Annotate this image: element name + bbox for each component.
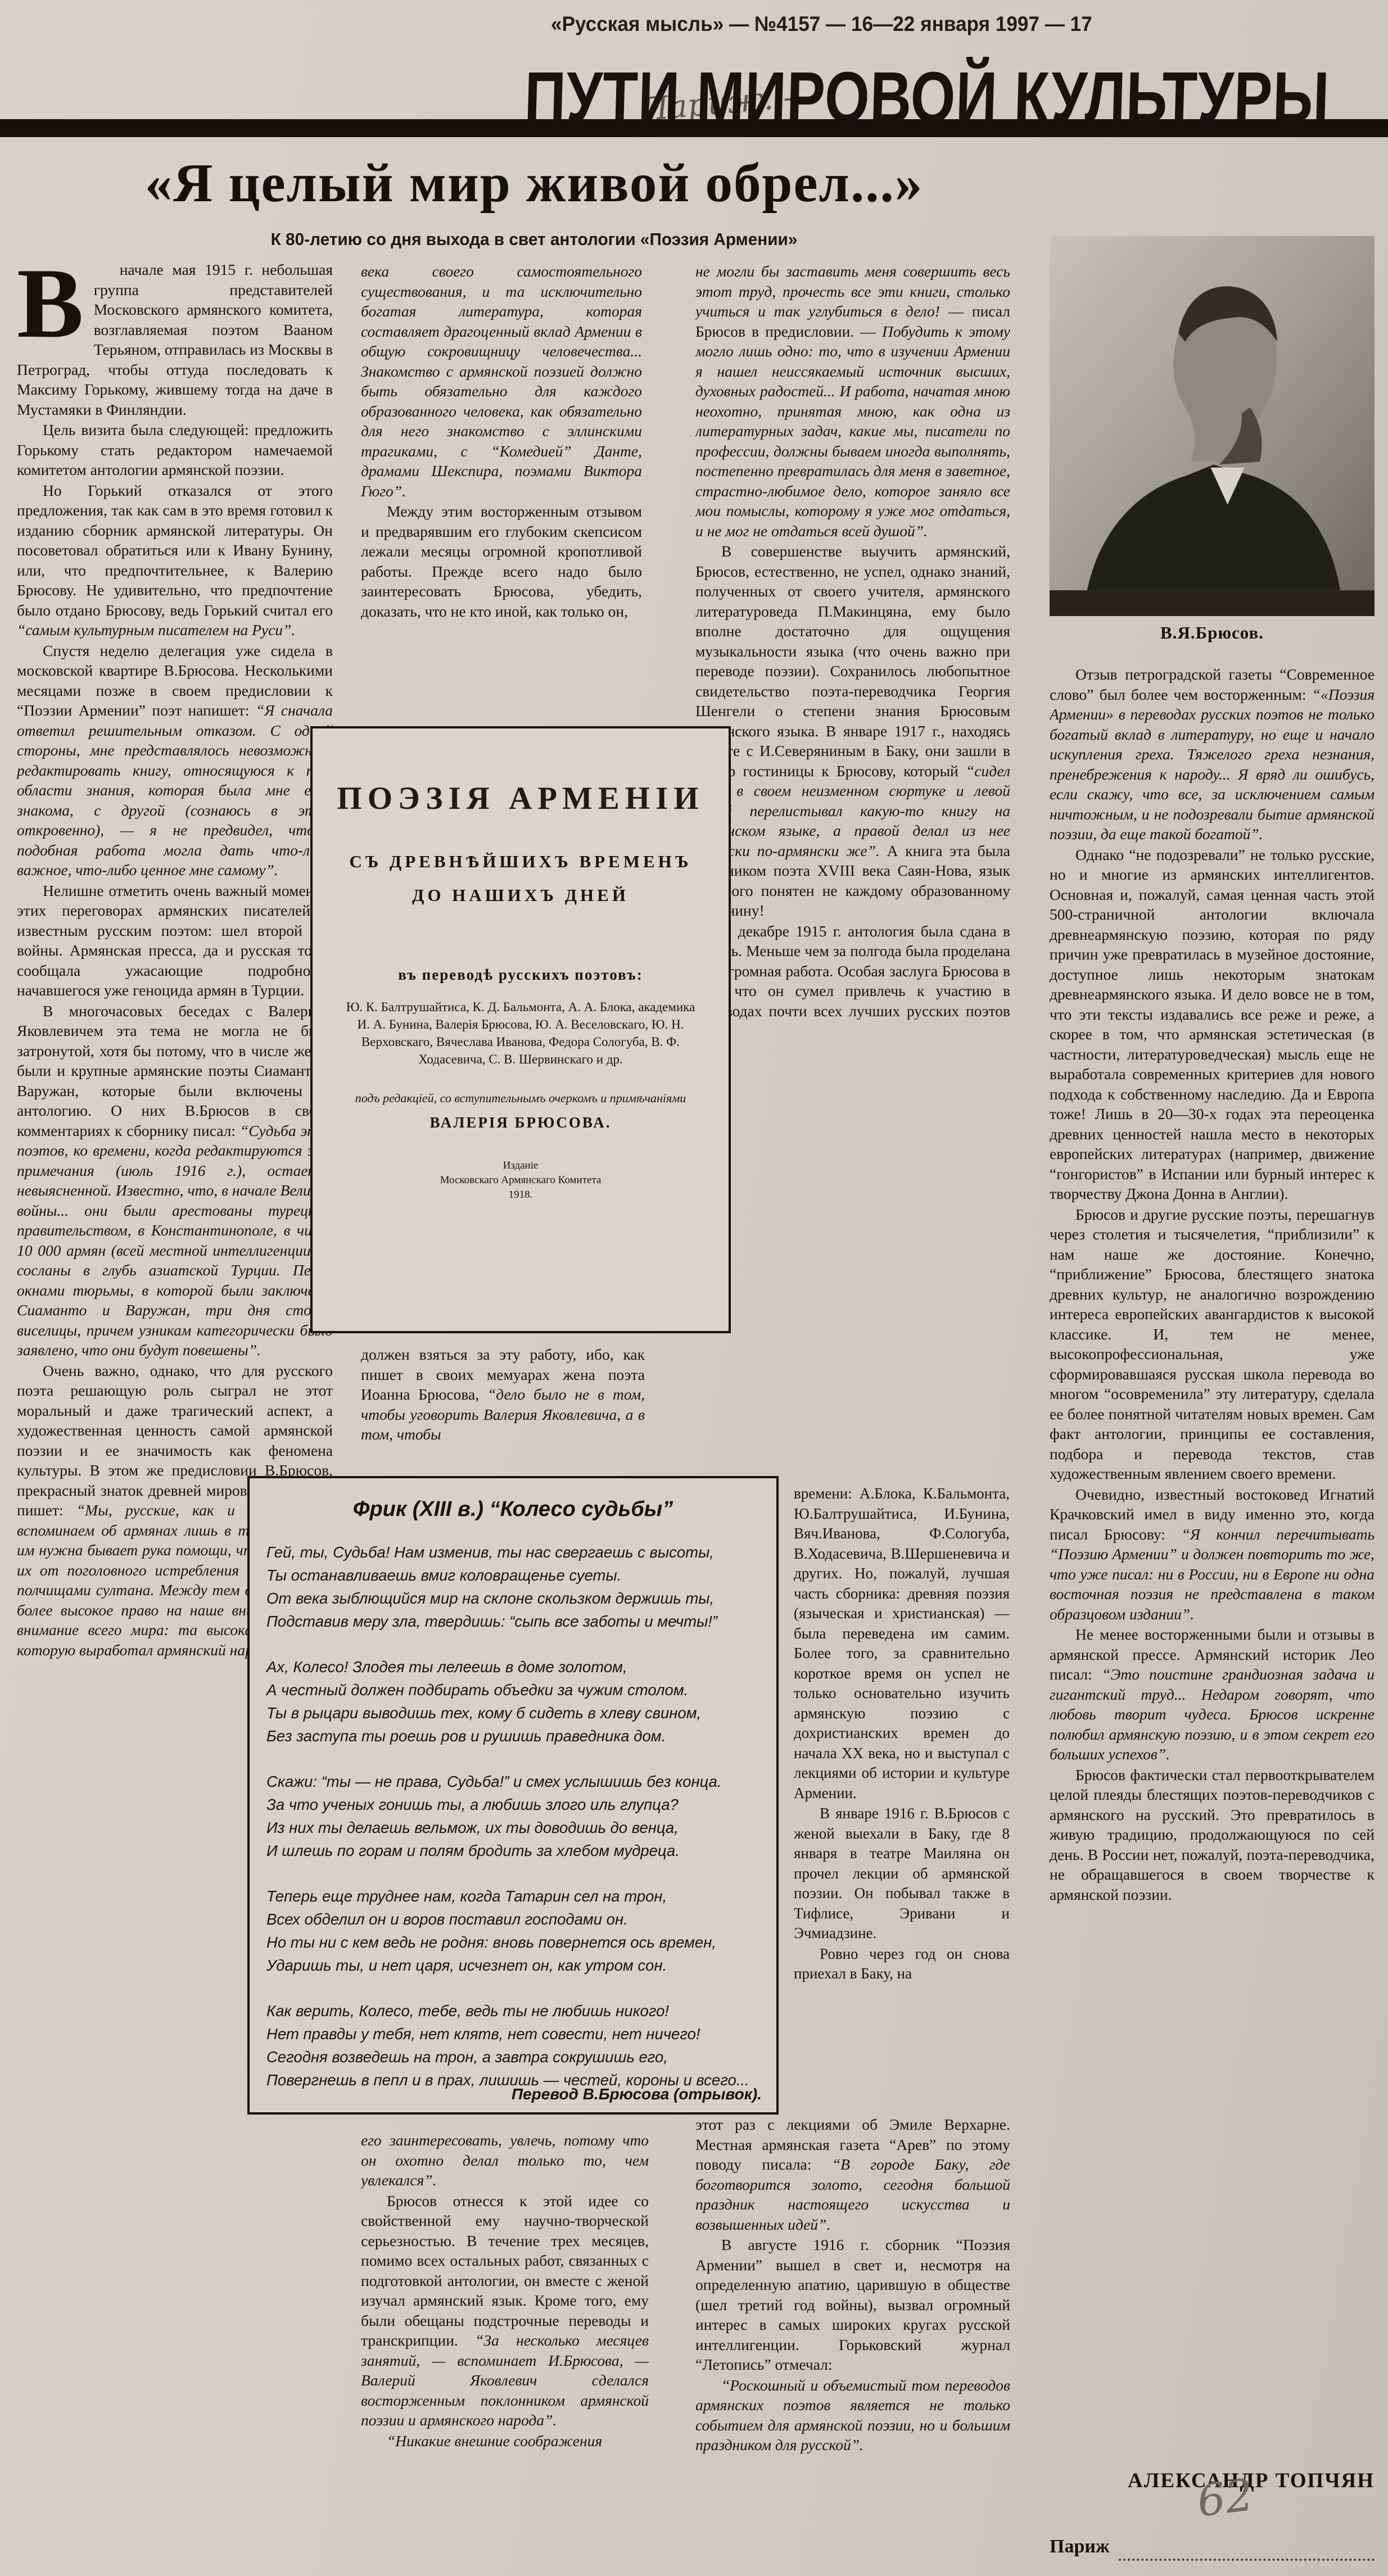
body-column-3-narrow: времени: А.Блока, К.Бальмонта, Ю.Балтруш…	[794, 1484, 1010, 2109]
column-1-paragraphs: начале мая 1915 г. небольшая группа пред…	[17, 260, 333, 1660]
book-subtitle-2: ДО НАШИХЪ ДНЕЙ	[313, 885, 729, 906]
drop-cap: В	[17, 264, 84, 342]
body-column-3-bottom: этот раз с лекциями об Эмиле Верхарне. М…	[695, 2115, 1010, 2575]
body-column-2-top: века своего самостоятельного существован…	[361, 261, 642, 721]
book-translators-list: Ю. К. Балтрушайтиса, К. Д. Бальмонта, А.…	[342, 998, 699, 1068]
book-imprint: Изданіе Московскаго Армянскаго Комитета …	[313, 1158, 729, 1202]
poem-stanzas: Гей, ты, Судьба! Нам изменив, ты нас све…	[266, 1541, 776, 2091]
bryusov-portrait-photo	[1050, 236, 1375, 616]
book-subtitle-1: СЪ ДРЕВНѢЙШИХЪ ВРЕМЕНЪ	[313, 852, 729, 872]
book-title-page-inset: ПОЭЗІЯ АРМЕНІИ СЪ ДРЕВНѢЙШИХЪ ВРЕМЕНЪ ДО…	[310, 726, 731, 1333]
portrait-illustration	[1050, 236, 1375, 616]
book-editor-note: подъ редакціей, со вступительнымъ очерко…	[313, 1090, 729, 1106]
book-imprint-line2: Московскаго Армянскаго Комитета	[313, 1173, 729, 1188]
body-column-3-top: не могли бы заставить меня совершить вес…	[695, 261, 1010, 1464]
dotted-rule	[1119, 2559, 1375, 2561]
book-imprint-line3: 1918.	[313, 1188, 729, 1202]
book-editor-name: ВАЛЕРІЯ БРЮСОВА.	[313, 1114, 729, 1131]
body-column-2-middle: должен взяться за эту работу, ибо, как п…	[361, 1344, 645, 1475]
body-column-4: Отзыв петроградской газеты “Современное …	[1050, 664, 1375, 2435]
poem-attribution: Перевод В.Брюсова (отрывок).	[512, 2085, 762, 2103]
body-column-1: Вначале мая 1915 г. небольшая группа пре…	[17, 260, 333, 2569]
handwritten-mark: 62	[1195, 2470, 1256, 2527]
header-rule	[0, 119, 1388, 137]
book-translators-label: въ переводѣ русскихъ поэтовъ:	[313, 966, 729, 984]
poem-box: Фрик (XIII в.) “Колесо судьбы” Гей, ты, …	[247, 1476, 779, 2115]
poem-heading: Фрик (XIII в.) “Колесо судьбы”	[250, 1497, 776, 1522]
body-column-2-bottom: его заинтересовать, увлечь, потому что о…	[361, 2130, 649, 2574]
masthead-issue-line: «Русская мысль» — №4157 — 16—22 января 1…	[551, 12, 1192, 36]
article-title: «Я целый мир живой обрел...»	[51, 152, 1018, 214]
book-title: ПОЭЗІЯ АРМЕНІИ	[313, 780, 729, 817]
author-place: Париж	[1050, 2536, 1110, 2557]
photo-caption: В.Я.Брюсов.	[1050, 623, 1375, 643]
newspaper-page: «Русская мысль» — №4157 — 16—22 января 1…	[0, 0, 1388, 2576]
book-imprint-line1: Изданіе	[313, 1158, 729, 1173]
article-subtitle: К 80-летию со дня выхода в свет антологи…	[70, 229, 998, 250]
